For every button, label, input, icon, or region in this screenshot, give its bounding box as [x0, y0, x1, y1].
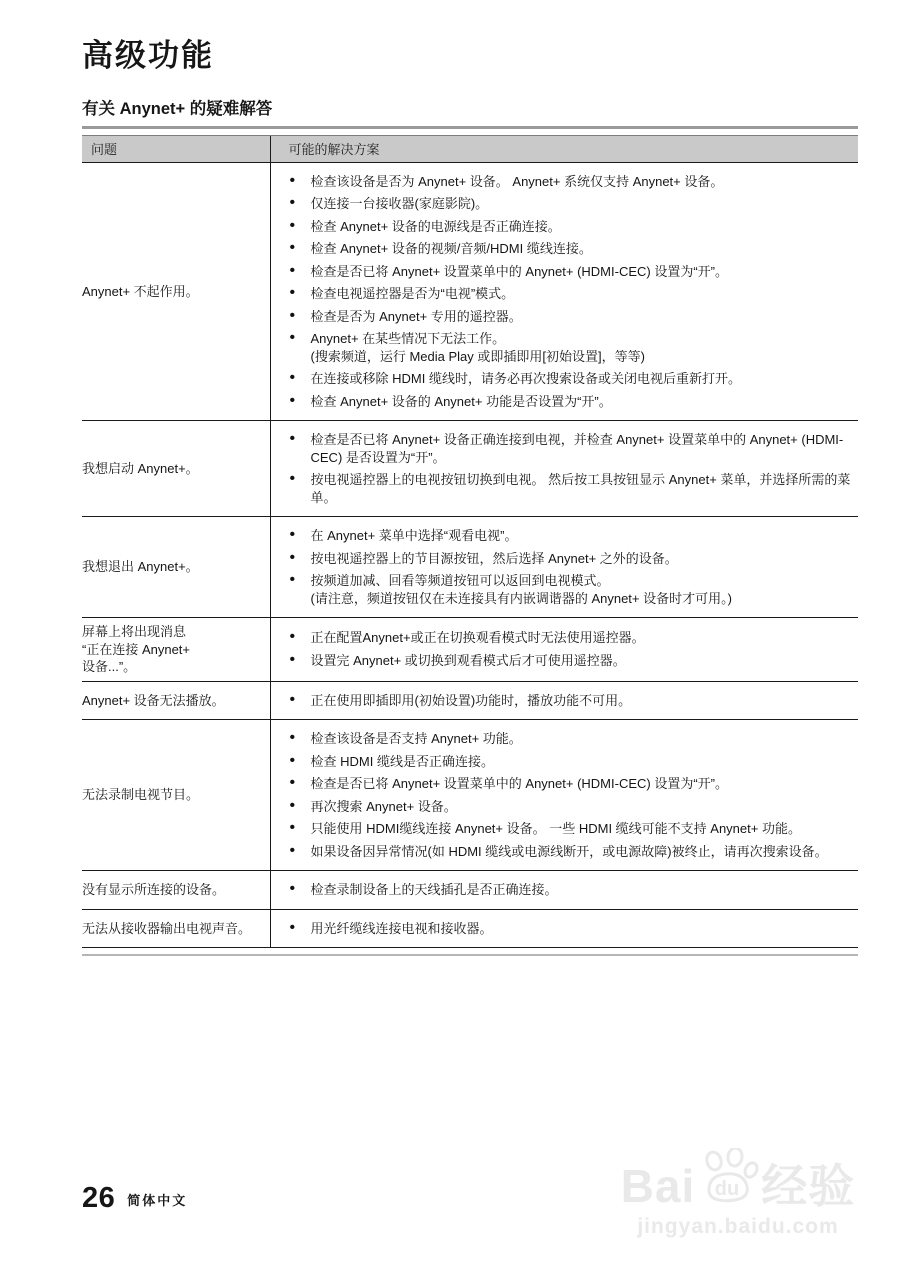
solution-cell: 正在使用即插即用(初始设置)功能时，播放功能不可用。 — [270, 681, 858, 720]
watermark-brand-text: Bai — [621, 1163, 696, 1209]
solution-item: 用光纤缆线连接电视和接收器。 — [271, 920, 859, 938]
solution-item: 检查录制设备上的天线插孔是否正确连接。 — [271, 881, 859, 899]
table-row: Anynet+ 不起作用。检查该设备是否为 Anynet+ 设备。 Anynet… — [82, 162, 858, 421]
paw-icon: du — [697, 1148, 759, 1209]
solution-cell: 检查录制设备上的天线插孔是否正确连接。 — [270, 871, 858, 910]
solution-item: Anynet+ 在某些情况下无法工作。 (搜索频道，运行 Media Play … — [271, 330, 859, 365]
page-footer: 26 简体中文 — [82, 1183, 187, 1213]
section-heading: 有关 Anynet+ 的疑难解答 — [82, 99, 858, 119]
table-row: 无法从接收器输出电视声音。用光纤缆线连接电视和接收器。 — [82, 909, 858, 948]
footer-language-label: 简体中文 — [127, 1190, 187, 1209]
table-body: Anynet+ 不起作用。检查该设备是否为 Anynet+ 设备。 Anynet… — [82, 162, 858, 948]
solution-cell: 检查该设备是否为 Anynet+ 设备。 Anynet+ 系统仅支持 Anyne… — [270, 162, 858, 421]
table-row: 我想退出 Anynet+。在 Anynet+ 菜单中选择“观看电视”。按电视遥控… — [82, 517, 858, 618]
problem-cell: 没有显示所连接的设备。 — [82, 871, 270, 910]
problem-cell: Anynet+ 设备无法播放。 — [82, 681, 270, 720]
solution-item: 正在使用即插即用(初始设置)功能时，播放功能不可用。 — [271, 692, 859, 710]
solution-list: 用光纤缆线连接电视和接收器。 — [271, 920, 859, 938]
watermark-suffix-text: 经验 — [761, 1163, 855, 1209]
solution-item: 再次搜索 Anynet+ 设备。 — [271, 798, 859, 816]
solution-item: 按电视遥控器上的电视按钮切换到电视。 然后按工具按钮显示 Anynet+ 菜单，… — [271, 471, 859, 506]
solution-cell: 在 Anynet+ 菜单中选择“观看电视”。按电视遥控器上的节目源按钮，然后选择… — [270, 517, 858, 618]
watermark-url: jingyan.baidu.com — [602, 1215, 874, 1239]
manual-page: 高级功能 有关 Anynet+ 的疑难解答 问题 可能的解决方案 Anynet+… — [0, 0, 898, 1280]
solution-item: 检查电视遥控器是否为“电视”模式。 — [271, 285, 859, 303]
table-row: 我想启动 Anynet+。检查是否已将 Anynet+ 设备正确连接到电视，并检… — [82, 421, 858, 517]
problem-cell: 我想启动 Anynet+。 — [82, 421, 270, 517]
solution-cell: 正在配置Anynet+或正在切换观看模式时无法使用遥控器。设置完 Anynet+… — [270, 618, 858, 682]
solution-list: 检查录制设备上的天线插孔是否正确连接。 — [271, 881, 859, 899]
problem-cell: 屏幕上将出现消息 “正在连接 Anynet+ 设备...”。 — [82, 618, 270, 682]
page-number: 26 — [82, 1183, 115, 1213]
solution-item: 检查是否为 Anynet+ 专用的遥控器。 — [271, 308, 859, 326]
problem-cell: 无法录制电视节目。 — [82, 720, 270, 871]
solution-list: 正在使用即插即用(初始设置)功能时，播放功能不可用。 — [271, 692, 859, 710]
table-row: 无法录制电视节目。检查该设备是否支持 Anynet+ 功能。检查 HDMI 缆线… — [82, 720, 858, 871]
table-row: 没有显示所连接的设备。检查录制设备上的天线插孔是否正确连接。 — [82, 871, 858, 910]
baidu-jingyan-watermark: Bai du 经验 jingyan.baidu.com — [602, 1148, 874, 1239]
solution-list: 检查是否已将 Anynet+ 设备正确连接到电视，并检查 Anynet+ 设置菜… — [271, 431, 859, 506]
solution-item: 按电视遥控器上的节目源按钮，然后选择 Anynet+ 之外的设备。 — [271, 550, 859, 568]
solution-item: 只能使用 HDMI缆线连接 Anynet+ 设备。 一些 HDMI 缆线可能不支… — [271, 820, 859, 838]
table-bottom-rule — [82, 954, 858, 956]
svg-text:du: du — [715, 1178, 739, 1200]
solution-item: 检查 Anynet+ 设备的电源线是否正确连接。 — [271, 218, 859, 236]
table-row: 屏幕上将出现消息 “正在连接 Anynet+ 设备...”。正在配置Anynet… — [82, 618, 858, 682]
table-row: Anynet+ 设备无法播放。正在使用即插即用(初始设置)功能时，播放功能不可用… — [82, 681, 858, 720]
solution-item: 检查是否已将 Anynet+ 设置菜单中的 Anynet+ (HDMI-CEC)… — [271, 775, 859, 793]
solution-item: 在连接或移除 HDMI 缆线时，请务必再次搜索设备或关闭电视后重新打开。 — [271, 370, 859, 388]
column-header-problem: 问题 — [82, 135, 270, 162]
solution-cell: 检查是否已将 Anynet+ 设备正确连接到电视，并检查 Anynet+ 设置菜… — [270, 421, 858, 517]
solution-item: 检查该设备是否支持 Anynet+ 功能。 — [271, 730, 859, 748]
section-divider — [82, 126, 858, 129]
problem-cell: 无法从接收器输出电视声音。 — [82, 909, 270, 948]
table-header: 问题 可能的解决方案 — [82, 135, 858, 162]
table-header-row: 问题 可能的解决方案 — [82, 135, 858, 162]
solution-item: 检查是否已将 Anynet+ 设置菜单中的 Anynet+ (HDMI-CEC)… — [271, 263, 859, 281]
solution-item: 仅连接一台接收器(家庭影院)。 — [271, 195, 859, 213]
problem-cell: Anynet+ 不起作用。 — [82, 162, 270, 421]
solution-list: 检查该设备是否支持 Anynet+ 功能。检查 HDMI 缆线是否正确连接。检查… — [271, 730, 859, 860]
solution-item: 如果设备因异常情况(如 HDMI 缆线或电源线断开，或电源故障)被终止，请再次搜… — [271, 843, 859, 861]
solution-item: 检查是否已将 Anynet+ 设备正确连接到电视，并检查 Anynet+ 设置菜… — [271, 431, 859, 466]
solution-item: 检查该设备是否为 Anynet+ 设备。 Anynet+ 系统仅支持 Anyne… — [271, 173, 859, 191]
solution-cell: 检查该设备是否支持 Anynet+ 功能。检查 HDMI 缆线是否正确连接。检查… — [270, 720, 858, 871]
problem-cell: 我想退出 Anynet+。 — [82, 517, 270, 618]
solution-list: 在 Anynet+ 菜单中选择“观看电视”。按电视遥控器上的节目源按钮，然后选择… — [271, 527, 859, 607]
watermark-brand-row: Bai du 经验 — [602, 1148, 874, 1209]
solution-item: 设置完 Anynet+ 或切换到观看模式后才可使用遥控器。 — [271, 652, 859, 670]
solution-item: 在 Anynet+ 菜单中选择“观看电视”。 — [271, 527, 859, 545]
solution-item: 检查 Anynet+ 设备的 Anynet+ 功能是否设置为“开”。 — [271, 393, 859, 411]
solution-list: 正在配置Anynet+或正在切换观看模式时无法使用遥控器。设置完 Anynet+… — [271, 629, 859, 669]
solution-cell: 用光纤缆线连接电视和接收器。 — [270, 909, 858, 948]
page-content: 高级功能 有关 Anynet+ 的疑难解答 问题 可能的解决方案 Anynet+… — [82, 0, 858, 956]
solution-item: 正在配置Anynet+或正在切换观看模式时无法使用遥控器。 — [271, 629, 859, 647]
page-title: 高级功能 — [82, 38, 858, 74]
solution-list: 检查该设备是否为 Anynet+ 设备。 Anynet+ 系统仅支持 Anyne… — [271, 173, 859, 411]
solution-item: 按频道加减、回看等频道按钮可以返回到电视模式。 (请注意，频道按钮仅在未连接具有… — [271, 572, 859, 607]
troubleshooting-table: 问题 可能的解决方案 Anynet+ 不起作用。检查该设备是否为 Anynet+… — [82, 135, 858, 949]
solution-item: 检查 Anynet+ 设备的视频/音频/HDMI 缆线连接。 — [271, 240, 859, 258]
solution-item: 检查 HDMI 缆线是否正确连接。 — [271, 753, 859, 771]
column-header-solution: 可能的解决方案 — [270, 135, 858, 162]
